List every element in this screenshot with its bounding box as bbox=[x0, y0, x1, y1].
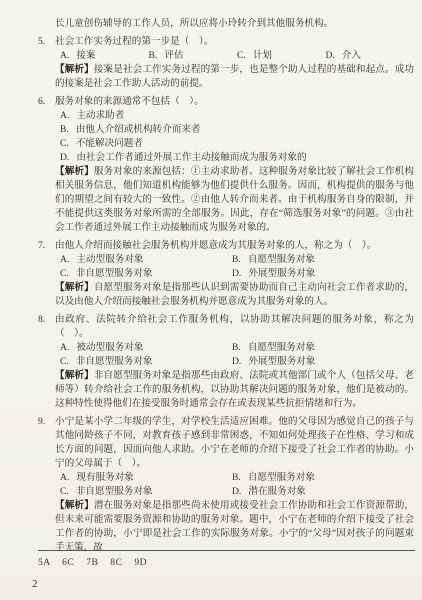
continuation-text: 长儿童创伤辅导的工作人员，所以应将小玲转介到其他服务机构。 bbox=[55, 17, 414, 31]
question-stem: 社会工作实务过程的第一步是（ ）。 bbox=[55, 35, 414, 49]
scanned-exam-page: 长儿童创伤辅导的工作人员，所以应将小玲转介到其他服务机构。 5.社会工作实务过程… bbox=[0, 0, 422, 600]
analysis: 【解析】潜在服务对象是指那些尚未使用或接受社会工作协助和社会工作资源帮助，但未来… bbox=[55, 499, 414, 555]
option-label: D. bbox=[232, 356, 241, 367]
question-stem: 服务对象的来源通常不包括（ ）。 bbox=[55, 95, 414, 109]
option-label: C. bbox=[60, 268, 69, 279]
answer-key: 5A 6C 7B 8C 9D bbox=[38, 556, 415, 570]
option-text: 自愿型服务对象 bbox=[248, 254, 315, 265]
option: A.接案 bbox=[60, 49, 149, 63]
option-text: 评估 bbox=[164, 50, 183, 61]
question-body: 服务对象的来源通常不包括（ ）。A.主动求助者B.由他人介绍或机构转介而来者C.… bbox=[55, 95, 414, 235]
option-label: D. bbox=[326, 50, 335, 61]
options: A.主动型服务对象B.自愿型服务对象C.非自愿型服务对象D.外展型服务对象 bbox=[55, 253, 414, 281]
option-label: C. bbox=[237, 50, 246, 61]
option-label: A. bbox=[60, 342, 69, 353]
option: C.非自愿型服务对象 bbox=[60, 485, 232, 499]
option-text: 现有服务对象 bbox=[76, 472, 134, 483]
analysis-label: 【解析】 bbox=[55, 166, 94, 177]
options: A.现有服务对象B.自愿型服务对象C.非自愿型服务对象D.潜在服务对象 bbox=[55, 471, 414, 499]
question-body: 小宁是某小学二年级的学生，对学校生活适应困难。他的父母因为感觉自己的孩子与其他同… bbox=[55, 415, 414, 555]
option: C.不能解决问题者 bbox=[60, 137, 414, 151]
question-number: 5. bbox=[38, 35, 55, 91]
question-stem: 由政府、法院转介给社会工作服务机构，以协助其解决问题的服务对象，称之为（ ）。 bbox=[55, 313, 414, 341]
option-label: B. bbox=[149, 50, 158, 61]
option-label: C. bbox=[60, 356, 69, 367]
option-text: 介入 bbox=[342, 50, 361, 61]
option: D.潜在服务对象 bbox=[232, 485, 414, 499]
question-body: 由政府、法院转介给社会工作服务机构，以协助其解决问题的服务对象，称之为（ ）。A… bbox=[55, 313, 414, 411]
question-number: 9. bbox=[38, 415, 55, 555]
analysis-text: 服务对象的来源包括：①主动求助者。这种服务对象比较了解社会工作机构相关服务信息，… bbox=[55, 166, 414, 233]
option-text: 由他人介绍或机构转介而来者 bbox=[76, 124, 201, 135]
option-label: D. bbox=[232, 268, 241, 279]
option: B.由他人介绍或机构转介而来者 bbox=[60, 123, 414, 137]
option-label: A. bbox=[60, 110, 69, 121]
option-text: 被动型服务对象 bbox=[76, 342, 143, 353]
question: 6.服务对象的来源通常不包括（ ）。A.主动求助者B.由他人介绍或机构转介而来者… bbox=[38, 95, 414, 235]
option: D.外展型服务对象 bbox=[232, 267, 414, 281]
option-text: 非自愿型服务对象 bbox=[76, 356, 153, 367]
analysis-text: 非自愿型服务对象是指那些由政府、法院或其他部门或个人（包括父母、老师等）转介给社… bbox=[55, 370, 414, 409]
question-body: 社会工作实务过程的第一步是（ ）。A.接案B.评估C.计划D.介入【解析】接案是… bbox=[55, 35, 414, 91]
option-text: 潜在服务对象 bbox=[248, 486, 306, 497]
option: C.非自愿型服务对象 bbox=[60, 267, 232, 281]
option-text: 接案 bbox=[76, 50, 95, 61]
option: A.被动型服务对象 bbox=[60, 341, 232, 355]
option-text: 非自愿型服务对象 bbox=[76, 268, 153, 279]
option-label: B. bbox=[232, 254, 241, 265]
option-text: 主动型服务对象 bbox=[76, 254, 143, 265]
analysis-text: 自愿型服务对象是指那些认识到需要协助而自己主动向社会工作者求助的，以及由他人介绍… bbox=[55, 282, 414, 307]
option-text: 由社会工作者通过外展工作主动接触而成为服务对象的 bbox=[76, 152, 306, 163]
analysis-label: 【解析】 bbox=[55, 500, 94, 511]
question-list: 5.社会工作实务过程的第一步是（ ）。A.接案B.评估C.计划D.介入【解析】接… bbox=[38, 35, 414, 555]
option: A.现有服务对象 bbox=[60, 471, 232, 485]
option-text: 不能解决问题者 bbox=[76, 138, 143, 149]
option-label: D. bbox=[232, 486, 241, 497]
option-label: B. bbox=[232, 472, 241, 483]
question: 5.社会工作实务过程的第一步是（ ）。A.接案B.评估C.计划D.介入【解析】接… bbox=[38, 35, 414, 91]
analysis: 【解析】服务对象的来源包括：①主动求助者。这种服务对象比较了解社会工作机构相关服… bbox=[55, 165, 414, 235]
options: A.接案B.评估C.计划D.介入 bbox=[55, 49, 414, 63]
footer-rule bbox=[38, 550, 415, 551]
analysis-label: 【解析】 bbox=[55, 282, 94, 293]
page-number: 2 bbox=[32, 577, 415, 591]
option-label: D. bbox=[60, 152, 69, 163]
option-label: C. bbox=[60, 486, 69, 497]
option-text: 外展型服务对象 bbox=[248, 356, 315, 367]
analysis: 【解析】非自愿型服务对象是指那些由政府、法院或其他部门或个人（包括父母、老师等）… bbox=[55, 369, 414, 411]
option-label: A. bbox=[60, 50, 69, 61]
option-text: 计划 bbox=[253, 50, 272, 61]
question: 7.由他人介绍而接触社会服务机构并愿意成为其服务对象的人，称之为（ ）。A.主动… bbox=[38, 239, 414, 309]
analysis: 【解析】接案是社会工作实务过程的第一步，也是整个助人过程的基础和起点。成功的接案… bbox=[55, 63, 414, 91]
option: C.非自愿型服务对象 bbox=[60, 355, 232, 369]
option: D.介入 bbox=[326, 49, 415, 63]
question-stem: 小宁是某小学二年级的学生，对学校生活适应困难。他的父母因为感觉自己的孩子与其他同… bbox=[55, 415, 414, 471]
option-label: B. bbox=[232, 342, 241, 353]
analysis-text: 接案是社会工作实务过程的第一步，也是整个助人过程的基础和起点。成功的接案是社会工… bbox=[55, 64, 414, 89]
analysis-label: 【解析】 bbox=[55, 370, 94, 381]
option-label: A. bbox=[60, 472, 69, 483]
question-body: 由他人介绍而接触社会服务机构并愿意成为其服务对象的人，称之为（ ）。A.主动型服… bbox=[55, 239, 414, 309]
question-stem: 由他人介绍而接触社会服务机构并愿意成为其服务对象的人，称之为（ ）。 bbox=[55, 239, 414, 253]
question-number: 8. bbox=[38, 313, 55, 411]
option-text: 主动求助者 bbox=[76, 110, 124, 121]
option: B.评估 bbox=[149, 49, 238, 63]
option: A.主动型服务对象 bbox=[60, 253, 232, 267]
option: C.计划 bbox=[237, 49, 326, 63]
option-label: B. bbox=[60, 124, 69, 135]
option: A.主动求助者 bbox=[60, 109, 414, 123]
option: D.由社会工作者通过外展工作主动接触而成为服务对象的 bbox=[60, 151, 414, 165]
question: 8.由政府、法院转介给社会工作服务机构，以协助其解决问题的服务对象，称之为（ ）… bbox=[38, 313, 414, 411]
option-text: 自愿型服务对象 bbox=[248, 472, 315, 483]
option: B.自愿型服务对象 bbox=[232, 253, 414, 267]
question-number: 6. bbox=[38, 95, 55, 235]
options: A.被动型服务对象B.自愿型服务对象C.非自愿型服务对象D.外展型服务对象 bbox=[55, 341, 414, 369]
option-label: C. bbox=[60, 138, 69, 149]
option: B.自愿型服务对象 bbox=[232, 341, 414, 355]
option: D.外展型服务对象 bbox=[232, 355, 414, 369]
option: B.自愿型服务对象 bbox=[232, 471, 414, 485]
analysis-text: 潜在服务对象是指那些尚未使用或接受社会工作协助和社会工作资源帮助，但未来可能需要… bbox=[55, 500, 414, 553]
page-footer: 5A 6C 7B 8C 9D 2 bbox=[38, 550, 415, 591]
option-text: 外展型服务对象 bbox=[248, 268, 315, 279]
options: A.主动求助者B.由他人介绍或机构转介而来者C.不能解决问题者D.由社会工作者通… bbox=[55, 109, 414, 165]
option-text: 自愿型服务对象 bbox=[248, 342, 315, 353]
option-text: 非自愿型服务对象 bbox=[76, 486, 153, 497]
analysis-label: 【解析】 bbox=[55, 64, 94, 75]
option-label: A. bbox=[60, 254, 69, 265]
analysis: 【解析】自愿型服务对象是指那些认识到需要协助而自己主动向社会工作者求助的，以及由… bbox=[55, 281, 414, 309]
question: 9.小宁是某小学二年级的学生，对学校生活适应困难。他的父母因为感觉自己的孩子与其… bbox=[38, 415, 414, 555]
question-number: 7. bbox=[38, 239, 55, 309]
